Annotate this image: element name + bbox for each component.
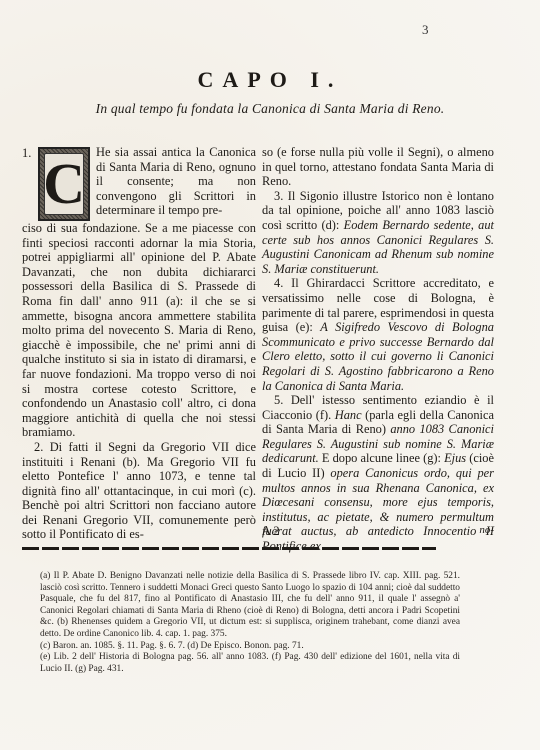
left-column: 1. C He sia assai antica la Canonica di … bbox=[22, 145, 256, 542]
paragraph-text: E dopo alcune linee (g): bbox=[319, 451, 444, 465]
paragraph-number: 1. bbox=[22, 145, 38, 161]
footnote-divider bbox=[22, 547, 436, 550]
latin-quotation: Hanc bbox=[335, 408, 362, 422]
footnote: (c) Baron. an. 1085. §. 11. Pag. §. 6. 7… bbox=[40, 641, 460, 653]
drop-cap-letter: C bbox=[44, 153, 84, 215]
right-column: so (e forse nulla più volle il Segni), o… bbox=[262, 145, 494, 554]
opening-paragraph: 1. C He sia assai antica la Canonica di … bbox=[22, 145, 256, 221]
decorated-initial-icon: C bbox=[38, 147, 90, 221]
paragraph-text: ciso di sua fondazione. Se a me piacesse… bbox=[22, 221, 256, 440]
catchword: no- bbox=[479, 524, 494, 536]
paragraph-5: 5. Dell' istesso sentimento eziandio è i… bbox=[262, 393, 494, 554]
paragraph-4: 4. Il Ghirardacci Scrittore accreditato,… bbox=[262, 276, 494, 393]
footnotes: (a) Il P. Abate D. Benigno Davanzati nel… bbox=[40, 571, 460, 675]
page-number: 3 bbox=[422, 22, 429, 38]
paragraph-2: 2. Di fatti il Segni da Gregorio VII dic… bbox=[22, 440, 256, 542]
footnote: (e) Lib. 2 dell' Historia di Bologna pag… bbox=[40, 652, 460, 675]
paragraph-text: He sia assai antica la Canonica di Santa… bbox=[96, 145, 256, 218]
paragraph-3: 3. Il Sigonio illustre Istorico non è lo… bbox=[262, 189, 494, 277]
book-page: 3 CAPO I. In qual tempo fu fondata la Ca… bbox=[0, 0, 540, 750]
paragraph-continuation: so (e forse nulla più volle il Segni), o… bbox=[262, 145, 494, 189]
signature-mark: A 2 bbox=[262, 524, 280, 539]
latin-quotation: Ejus bbox=[444, 451, 466, 465]
footnote: (a) Il P. Abate D. Benigno Davanzati nel… bbox=[40, 571, 460, 641]
chapter-subtitle: In qual tempo fu fondata la Canonica di … bbox=[0, 101, 540, 117]
chapter-title: CAPO I. bbox=[0, 67, 540, 93]
